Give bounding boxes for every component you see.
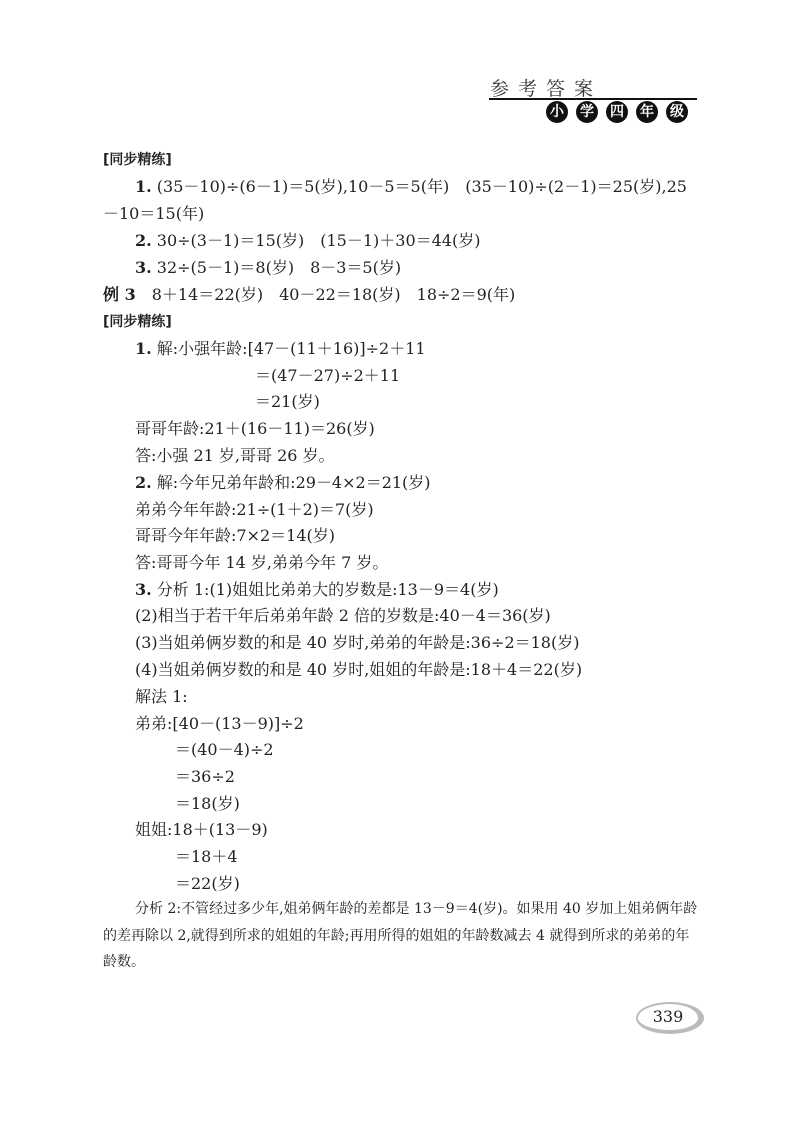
answer-line: (2)相当于若干年后弟弟年龄 2 倍的岁数是:40－4＝36(岁) bbox=[135, 606, 551, 626]
answer-line: 1. (35－10)÷(6－1)＝5(岁),10－5＝5(年) (35－10)÷… bbox=[135, 177, 687, 197]
item-number: 例 3 bbox=[103, 285, 136, 304]
line-text: (3)当姐弟俩岁数的和是 40 岁时,弟弟的年龄是:36÷2＝18(岁) bbox=[135, 633, 579, 652]
line-text: 8＋14＝22(岁) 40－22＝18(岁) 18÷2＝9(年) bbox=[136, 285, 516, 304]
answer-line: 例 3 8＋14＝22(岁) 40－22＝18(岁) 18÷2＝9(年) bbox=[103, 285, 515, 305]
answer-line: －10＝15(年) bbox=[103, 204, 204, 224]
answer-line: ＝(40－4)÷2 bbox=[175, 740, 274, 760]
item-number: 1. bbox=[135, 339, 152, 358]
answer-line: 哥哥年龄:21＋(16－11)＝26(岁) bbox=[135, 419, 375, 439]
line-text: (4)当姐弟俩岁数的和是 40 岁时,姐姐的年龄是:18＋4＝22(岁) bbox=[135, 660, 582, 679]
answer-line: 哥哥今年年龄:7×2＝14(岁) bbox=[135, 526, 335, 546]
line-text: ＝18＋4 bbox=[175, 847, 238, 866]
line-text: 哥哥今年年龄:7×2＝14(岁) bbox=[135, 526, 335, 545]
grade-badge: 四 bbox=[606, 101, 628, 123]
answer-line: ＝18(岁) bbox=[175, 794, 240, 814]
line-text: 答:小强 21 岁,哥哥 26 岁。 bbox=[135, 446, 335, 465]
answer-line: 2. 30÷(3－1)＝15(岁) (15－1)＋30＝44(岁) bbox=[135, 231, 480, 251]
line-text: 解:小强年龄:[47－(11＋16)]÷2＋11 bbox=[152, 339, 426, 358]
answer-line: (3)当姐弟俩岁数的和是 40 岁时,弟弟的年龄是:36÷2＝18(岁) bbox=[135, 633, 579, 653]
page-number: 339 bbox=[636, 1002, 704, 1034]
item-number: 3. bbox=[135, 258, 152, 277]
grade-badge: 小 bbox=[546, 101, 568, 123]
answer-line: ＝21(岁) bbox=[255, 392, 320, 412]
line-text: [同步精练] bbox=[103, 314, 172, 330]
line-text: ＝18(岁) bbox=[175, 794, 240, 813]
item-number: 1. bbox=[135, 177, 152, 196]
answer-line: 3. 32÷(5－1)＝8(岁) 8－3＝5(岁) bbox=[135, 258, 401, 278]
answer-line: ＝(47－27)÷2＋11 bbox=[255, 366, 400, 386]
answer-line: ＝18＋4 bbox=[175, 847, 238, 867]
line-text: (35－10)÷(6－1)＝5(岁),10－5＝5(年) (35－10)÷(2－… bbox=[152, 177, 687, 196]
answer-line: 答:小强 21 岁,哥哥 26 岁。 bbox=[135, 446, 335, 466]
line-text: ＝(47－27)÷2＋11 bbox=[255, 366, 400, 385]
line-text: 30÷(3－1)＝15(岁) (15－1)＋30＝44(岁) bbox=[152, 231, 481, 250]
line-text: 姐姐:18＋(13－9) bbox=[135, 820, 268, 839]
line-text: [同步精练] bbox=[103, 152, 172, 168]
line-text: 弟弟今年年龄:21÷(1＋2)＝7(岁) bbox=[135, 500, 374, 519]
answer-line: 1. 解:小强年龄:[47－(11＋16)]÷2＋11 bbox=[135, 339, 426, 359]
line-text: ＝21(岁) bbox=[255, 392, 320, 411]
answer-line: 解法 1: bbox=[135, 687, 188, 707]
line-text: ＝36÷2 bbox=[175, 767, 235, 786]
line-text: 分析 1:(1)姐姐比弟弟大的岁数是:13－9＝4(岁) bbox=[152, 580, 499, 599]
answer-line: ＝36÷2 bbox=[175, 767, 235, 787]
section-heading: [同步精练] bbox=[103, 312, 172, 332]
answer-line: (4)当姐弟俩岁数的和是 40 岁时,姐姐的年龄是:18＋4＝22(岁) bbox=[135, 660, 582, 680]
answer-line: ＝22(岁) bbox=[175, 874, 240, 894]
item-number: 2. bbox=[135, 473, 152, 492]
line-text: 32÷(5－1)＝8(岁) 8－3＝5(岁) bbox=[152, 258, 401, 277]
line-text: 答:哥哥今年 14 岁,弟弟今年 7 岁。 bbox=[135, 553, 388, 572]
line-text: 解:今年兄弟年龄和:29－4×2＝21(岁) bbox=[152, 473, 431, 492]
grade-badge: 级 bbox=[666, 101, 688, 123]
header-rule bbox=[489, 98, 697, 100]
line-text: ＝(40－4)÷2 bbox=[175, 740, 274, 759]
line-text: －10＝15(年) bbox=[103, 204, 204, 223]
item-number: 2. bbox=[135, 231, 152, 250]
line-text: ＝22(岁) bbox=[175, 874, 240, 893]
answer-line: 3. 分析 1:(1)姐姐比弟弟大的岁数是:13－9＝4(岁) bbox=[135, 580, 499, 600]
analysis-2-paragraph: 分析 2:不管经过多少年,姐弟俩年龄的差都是 13－9＝4(岁)。如果用 40 … bbox=[103, 896, 701, 976]
item-number: 3. bbox=[135, 580, 152, 599]
line-text: 弟弟:[40－(13－9)]÷2 bbox=[135, 714, 304, 733]
answer-line: 姐姐:18＋(13－9) bbox=[135, 820, 268, 840]
line-text: 解法 1: bbox=[135, 687, 188, 706]
grade-badge: 学 bbox=[576, 101, 598, 123]
answer-line: 弟弟:[40－(13－9)]÷2 bbox=[135, 714, 304, 734]
section-heading: [同步精练] bbox=[103, 150, 172, 170]
header-title: 参考答案 bbox=[490, 74, 602, 101]
answer-line: 2. 解:今年兄弟年龄和:29－4×2＝21(岁) bbox=[135, 473, 431, 493]
line-text: 哥哥年龄:21＋(16－11)＝26(岁) bbox=[135, 419, 375, 438]
grade-badge: 年 bbox=[636, 101, 658, 123]
line-text: (2)相当于若干年后弟弟年龄 2 倍的岁数是:40－4＝36(岁) bbox=[135, 606, 551, 625]
answer-line: 弟弟今年年龄:21÷(1＋2)＝7(岁) bbox=[135, 500, 374, 520]
answer-line: 答:哥哥今年 14 岁,弟弟今年 7 岁。 bbox=[135, 553, 388, 573]
grade-badges: 小 学 四 年 级 bbox=[546, 101, 688, 123]
